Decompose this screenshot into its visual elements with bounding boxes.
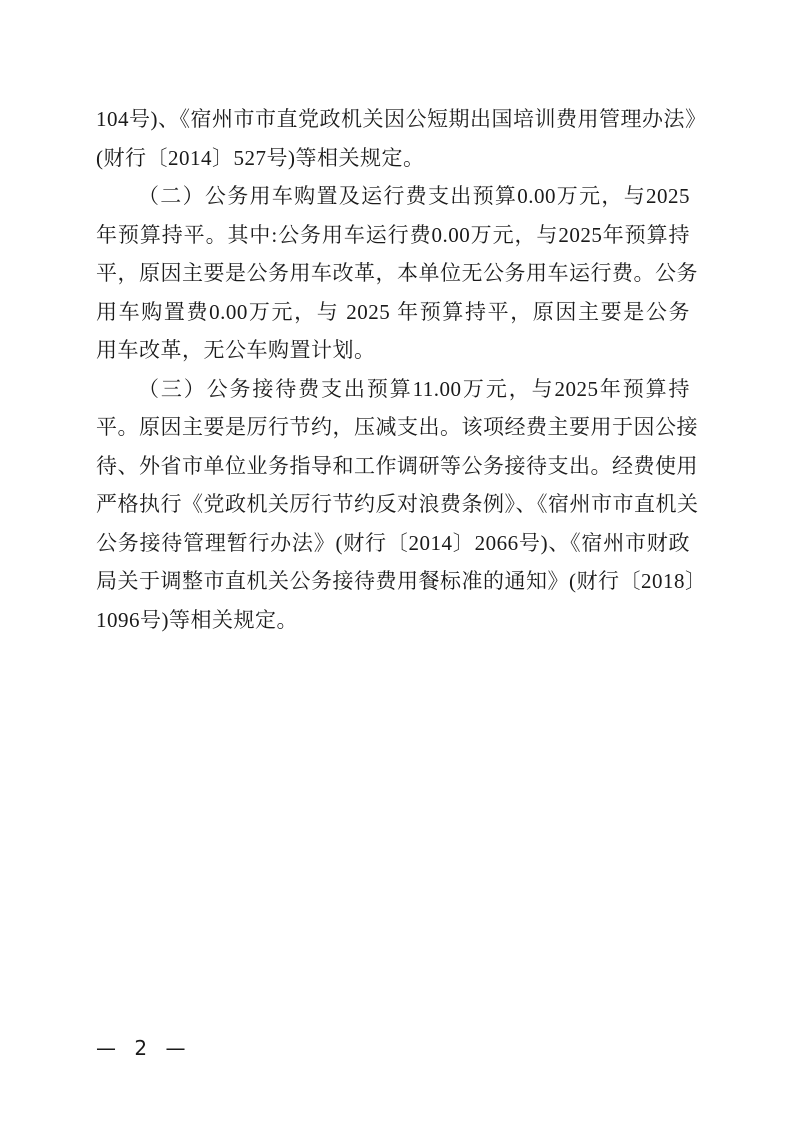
text-line: 1096号)等相关规定。	[96, 601, 690, 640]
text-line: 局关于调整市直机关公务接待费用餐标准的通知》(财行〔2018〕	[96, 562, 690, 601]
paragraph-official-reception: （三）公务接待费支出预算11.00万元，与2025年预算持 平。原因主要是厉行节…	[96, 370, 690, 640]
document-body: 104号)、《宿州市市直党政机关因公短期出国培训费用管理办法》 (财行〔2014…	[96, 100, 690, 639]
text-line: 用车购置费0.00万元，与 2025 年预算持平，原因主要是公务	[96, 293, 690, 332]
paragraph-official-vehicles: （二）公务用车购置及运行费支出预算0.00万元，与2025 年预算持平。其中:公…	[96, 177, 690, 370]
text-line: 公务接待管理暂行办法》(财行〔2014〕2066号)、《宿州市财政	[96, 524, 690, 563]
text-line: 严格执行《党政机关厉行节约反对浪费条例》、《宿州市市直机关	[96, 485, 690, 524]
text-line: （二）公务用车购置及运行费支出预算0.00万元，与2025	[96, 177, 690, 216]
text-line: 平。原因主要是厉行节约，压减支出。该项经费主要用于因公接	[96, 408, 690, 447]
text-line: 平，原因主要是公务用车改革，本单位无公务用车运行费。公务	[96, 254, 690, 293]
text-line: 用车改革，无公车购置计划。	[96, 331, 690, 370]
text-line: 104号)、《宿州市市直党政机关因公短期出国培训费用管理办法》	[96, 100, 690, 139]
paragraph-public-training-continued: 104号)、《宿州市市直党政机关因公短期出国培训费用管理办法》 (财行〔2014…	[96, 100, 690, 177]
text-line: 年预算持平。其中:公务用车运行费0.00万元，与2025年预算持	[96, 216, 690, 255]
document-page: 104号)、《宿州市市直党政机关因公短期出国培训费用管理办法》 (财行〔2014…	[0, 0, 793, 1122]
text-line: (财行〔2014〕527号)等相关规定。	[96, 139, 690, 178]
text-line: 待、外省市单位业务指导和工作调研等公务接待支出。经费使用	[96, 447, 690, 486]
text-line: （三）公务接待费支出预算11.00万元，与2025年预算持	[96, 370, 690, 409]
page-number: — 2 —	[96, 1036, 191, 1060]
